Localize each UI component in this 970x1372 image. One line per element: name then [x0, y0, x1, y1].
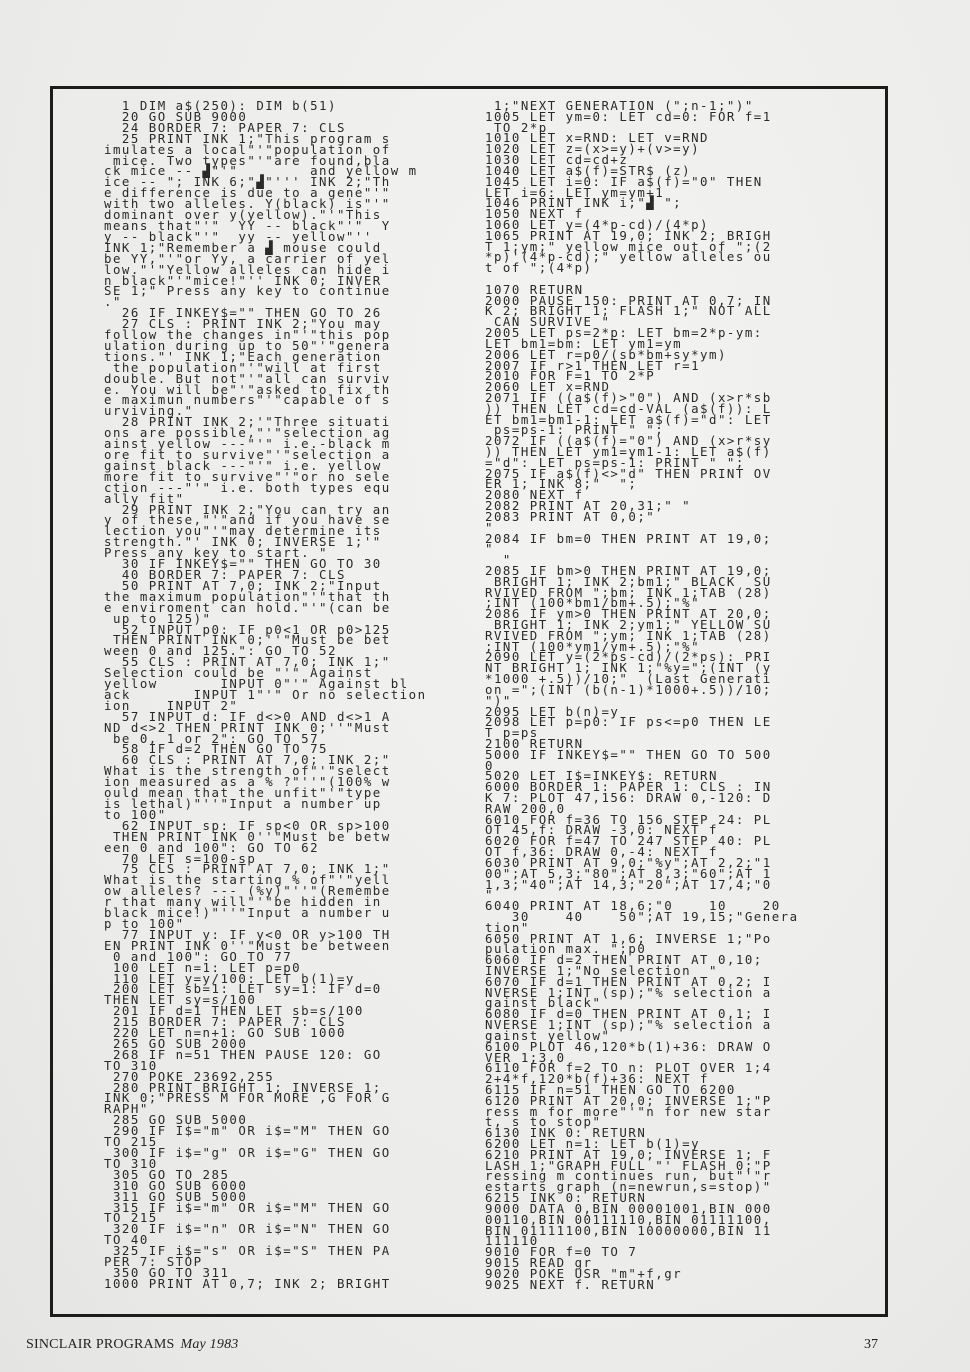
- footer-publication: SINCLAIR PROGRAMSMay 1983: [26, 1337, 238, 1353]
- code-line: 9025 NEXT f. RETURN: [485, 1280, 799, 1291]
- code-line: 2083 PRINT AT 0,0;": [485, 512, 799, 523]
- code-line: ": [485, 544, 799, 555]
- code-line: on =";(INT (b(n-1)*1000+.5))/10;: [485, 685, 799, 696]
- code-line: INK 0;"PRESS M FOR MORE ,G FOR G: [104, 1093, 427, 1104]
- code-line: 320 IF i$="n" OR i$="N" THEN GO: [104, 1224, 427, 1235]
- code-line: SE 1;" Press any key to continue: [104, 286, 427, 297]
- listing-left-column: 1 DIM a$(250): DIM b(51) 20 GO SUB 9000 …: [104, 101, 427, 1290]
- issue-date: May 1983: [181, 1337, 239, 1352]
- code-line: 5000 IF INKEY$="" THEN GO TO 500: [485, 750, 799, 761]
- publication-name: SINCLAIR PROGRAMS: [26, 1337, 175, 1352]
- code-line: 1000 PRINT AT 0,7; INK 2; BRIGHT: [104, 1279, 427, 1290]
- listing-right-column: 1;"NEXT GENERATION (";n-1;")"1005 LET ym…: [485, 101, 799, 1290]
- page-number: 37: [864, 1337, 878, 1353]
- code-line: t of ";(4*p): [485, 263, 799, 274]
- code-line: 2084 IF bm=0 THEN PRINT AT 19,0;: [485, 534, 799, 545]
- code-line: 1,3;"40";AT 14,3;"20";AT 17,4;"0: [485, 880, 799, 891]
- code-line: 30 40 50";AT 19,15;"Genera: [485, 912, 799, 923]
